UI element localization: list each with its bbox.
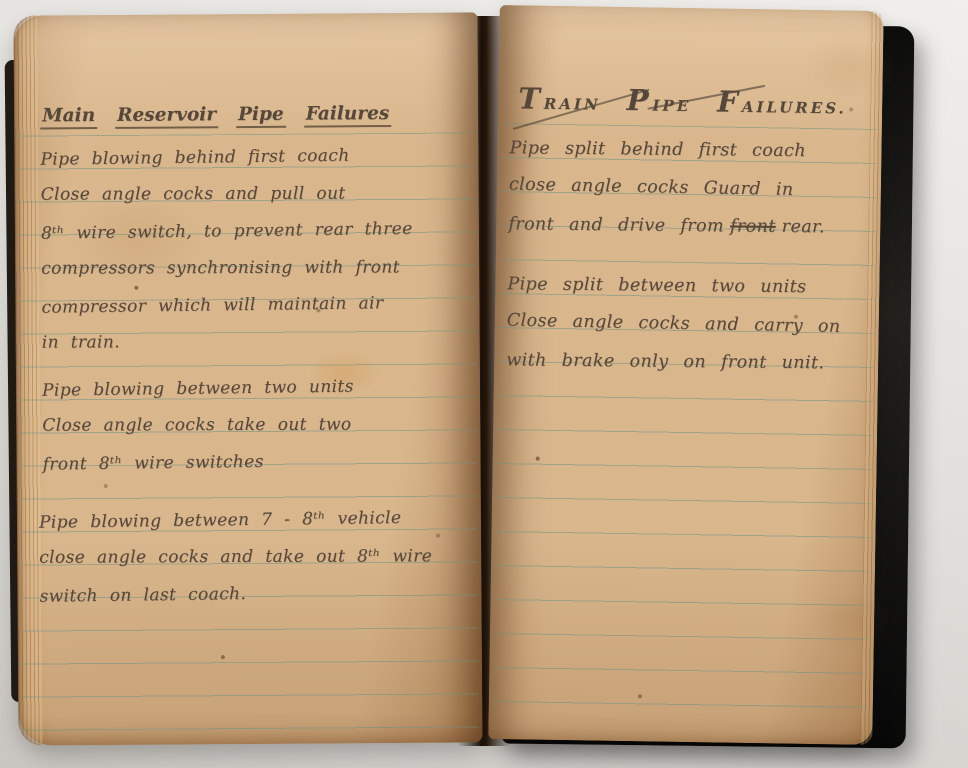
- handwritten-line: switch on last coach.: [39, 568, 473, 611]
- handwritten-line: Pipe split between two units: [507, 260, 871, 301]
- paragraph-train-pipe-1: Pipe split behind first coach close angl…: [508, 123, 874, 243]
- handwritten-line: Pipe blowing behind first coach: [40, 131, 470, 174]
- paper-specks: [500, 5, 502, 7]
- title-word: Pipe: [236, 104, 286, 128]
- handwritten-line: Pipe blowing between two units: [42, 362, 472, 405]
- title-word: Failures.: [717, 84, 847, 120]
- left-page: Main Reservoir Pipe Failures Pipe blowin…: [13, 12, 482, 745]
- line-text: front and drive from: [508, 214, 724, 236]
- handwritten-line: Close angle cocks and pull out: [41, 170, 471, 209]
- handwritten-line: Pipe split behind first coach: [509, 124, 873, 165]
- handwritten-line: compressor which will maintain air: [41, 279, 471, 322]
- paragraph-main-reservoir-1: Pipe blowing behind first coach Close an…: [40, 132, 472, 357]
- title-word: Pipe: [626, 83, 691, 118]
- handwritten-line: 8ᵗʰ wire switch, to prevent rear three: [41, 205, 471, 248]
- paragraph-main-reservoir-3: Pipe blowing between 7 - 8ᵗʰ vehicle clo…: [39, 495, 474, 609]
- title-word: Train: [518, 81, 601, 116]
- notebook-scan: Main Reservoir Pipe Failures Pipe blowin…: [0, 0, 968, 768]
- right-page: Train Pipe Failures. Pipe split behind f…: [488, 5, 883, 745]
- handwritten-line-with-correction: front and drive from front rear.: [508, 200, 872, 241]
- handwritten-line: in train.: [42, 318, 472, 357]
- title-word: Main: [40, 105, 97, 129]
- handwritten-line: close angle cocks Guard in: [509, 161, 874, 206]
- right-page-title: Train Pipe Failures.: [518, 81, 847, 120]
- handwritten-line: Close angle cocks take out two: [42, 401, 472, 440]
- handwritten-line: Close angle cocks and carry on: [507, 297, 872, 342]
- correction-text: rear.: [782, 217, 825, 237]
- paragraph-train-pipe-2: Pipe split between two units Close angle…: [506, 259, 872, 379]
- handwritten-line: Pipe blowing between 7 - 8ᵗʰ vehicle: [39, 494, 473, 537]
- paragraph-main-reservoir-2: Pipe blowing between two units Close ang…: [42, 363, 473, 477]
- paper-specks: [13, 16, 15, 18]
- title-word: Failures: [304, 103, 392, 128]
- handwritten-line: with brake only on front unit.: [506, 336, 870, 377]
- handwritten-line: close angle cocks and take out 8ᵗʰ wire: [39, 533, 473, 572]
- handwritten-line: front 8ᵗʰ wire switches: [42, 436, 472, 479]
- title-word: Reservoir: [115, 104, 218, 129]
- crossed-out-word: front: [730, 216, 776, 236]
- left-page-title: Main Reservoir Pipe Failures: [40, 103, 391, 129]
- handwritten-line: compressors synchronising with front: [41, 244, 471, 283]
- page-stack-edge: [13, 15, 42, 745]
